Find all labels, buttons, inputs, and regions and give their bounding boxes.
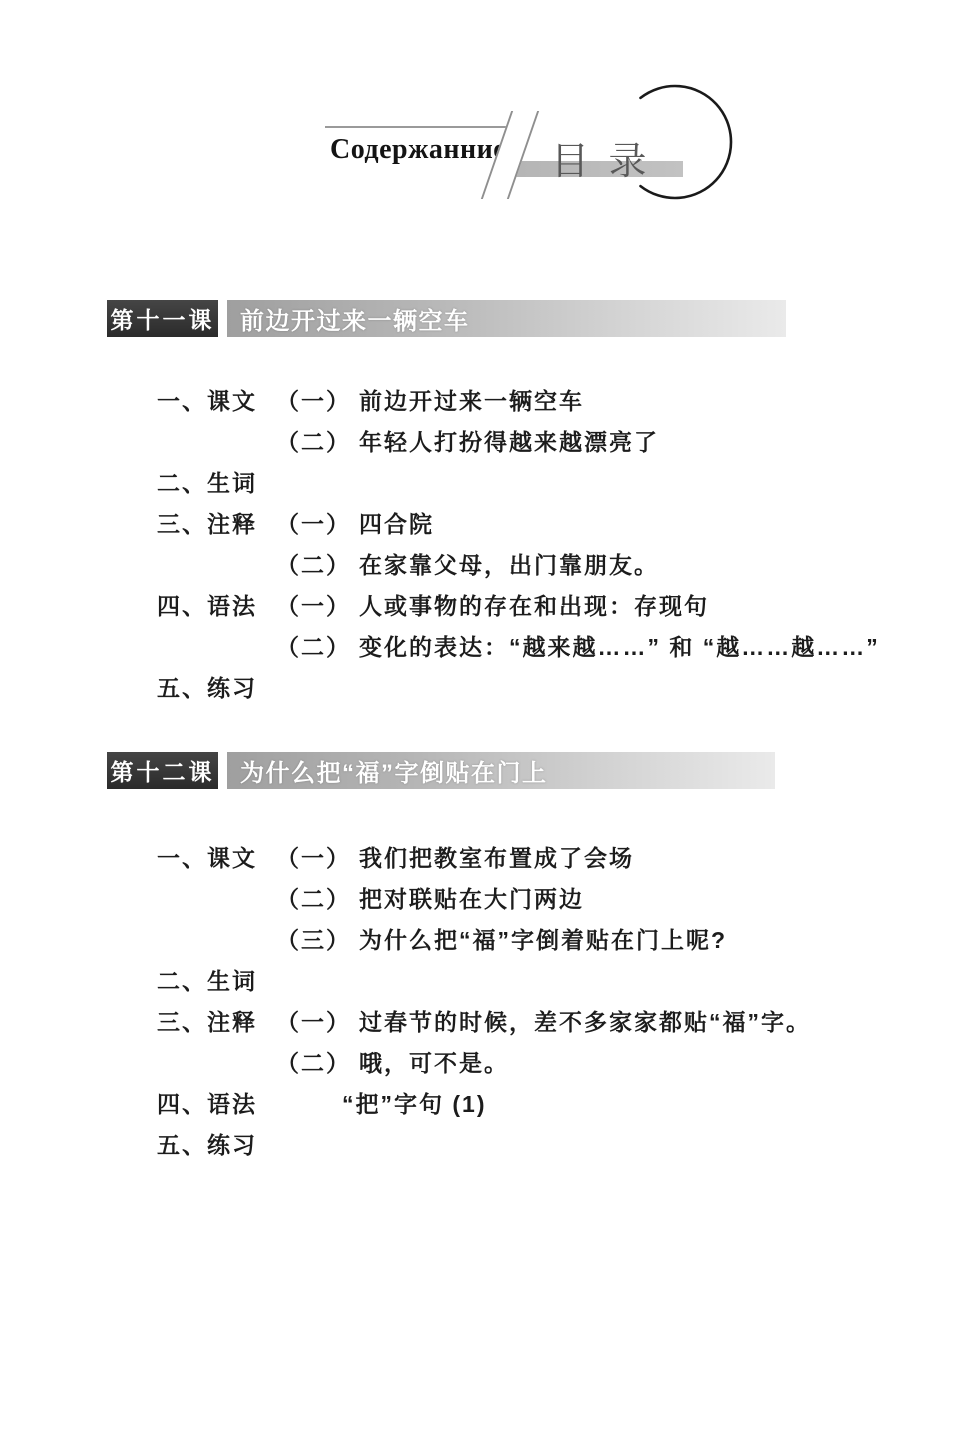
- lesson-12-contents: 一、课文 （一） 我们把教室布置成了会场 （二） 把对联贴在大门两边 （三） 为…: [0, 836, 960, 1164]
- subitem-number: （二）: [276, 1045, 351, 1078]
- subitem-text: 在家靠父母，出门靠朋友。: [359, 547, 659, 580]
- subitem-number: （二）: [276, 547, 351, 580]
- subitem-text: 我们把教室布置成了会场: [359, 840, 634, 873]
- toc-row: （二） 哦，可不是。: [0, 1041, 960, 1082]
- toc-row: （二） 把对联贴在大门两边: [0, 877, 960, 918]
- item-label: 一、课文: [157, 840, 276, 873]
- item-label: 四、语法: [157, 588, 276, 621]
- subitem-text: 四合院: [359, 506, 434, 539]
- subitem-text: “把”字句 (1): [342, 1086, 487, 1119]
- item-label: 三、注释: [157, 506, 276, 539]
- subitem-text: 前边开过来一辆空车: [359, 383, 584, 416]
- subitem-text: 变化的表达：“越来越……” 和 “越……越……”: [359, 629, 880, 662]
- toc-row: （三） 为什么把“福”字倒着贴在门上呢?: [0, 918, 960, 959]
- subitem-text: 年轻人打扮得越来越漂亮了: [359, 424, 659, 457]
- header-rule: [325, 126, 530, 128]
- item-label: 五、练习: [157, 1127, 276, 1160]
- toc-row: 一、课文 （一） 我们把教室布置成了会场: [0, 836, 960, 877]
- item-label: 一、课文: [157, 383, 276, 416]
- item-label: 三、注释: [157, 1004, 276, 1037]
- lesson-title-bar: 前边开过来一辆空车: [227, 300, 786, 337]
- subitem-number: （三）: [276, 922, 351, 955]
- subitem-text: 人或事物的存在和出现：存现句: [359, 588, 709, 621]
- lesson-title-bar: 为什么把“福”字倒贴在门上: [227, 752, 775, 789]
- subitem-number: （一）: [276, 1004, 351, 1037]
- subitem-number: （一）: [276, 840, 351, 873]
- subitem-number: （一）: [276, 588, 351, 621]
- page-title-russian: Содержанние: [330, 134, 506, 166]
- toc-row: 一、课文 （一） 前边开过来一辆空车: [0, 379, 960, 420]
- toc-row: 二、生词: [0, 461, 960, 502]
- toc-row: 五、练习: [0, 666, 960, 707]
- toc-row: 四、语法 “把”字句 (1): [0, 1082, 960, 1123]
- lesson-number-badge: 第十一课: [107, 300, 218, 337]
- toc-row: （二） 变化的表达：“越来越……” 和 “越……越……”: [0, 625, 960, 666]
- subitem-text: 为什么把“福”字倒着贴在门上呢?: [359, 922, 727, 955]
- subitem-text: 哦，可不是。: [359, 1045, 509, 1078]
- toc-row: 三、注释 （一） 过春节的时候，差不多家家都贴“福”字。: [0, 1000, 960, 1041]
- subitem-number: （二）: [276, 424, 351, 457]
- toc-page: Содержанние 目 录 第十一课 前边开过来一辆空车 一、课文 （一） …: [0, 0, 960, 1450]
- decorative-circle-icon: [605, 75, 745, 215]
- subitem-number: （一）: [276, 506, 351, 539]
- lesson-11-contents: 一、课文 （一） 前边开过来一辆空车 （二） 年轻人打扮得越来越漂亮了 二、生词…: [0, 379, 960, 707]
- item-label: 五、练习: [157, 670, 276, 703]
- subitem-text: 把对联贴在大门两边: [359, 881, 584, 914]
- item-label: 四、语法: [157, 1086, 276, 1119]
- toc-row: （二） 年轻人打扮得越来越漂亮了: [0, 420, 960, 461]
- subitem-number: （二）: [276, 881, 351, 914]
- lesson-number-badge: 第十二课: [107, 752, 218, 789]
- toc-row: （二） 在家靠父母，出门靠朋友。: [0, 543, 960, 584]
- lesson-12-header: 第十二课 为什么把“福”字倒贴在门上: [0, 752, 960, 789]
- toc-row: 二、生词: [0, 959, 960, 1000]
- toc-row: 四、语法 （一） 人或事物的存在和出现：存现句: [0, 584, 960, 625]
- toc-row: 五、练习: [0, 1123, 960, 1164]
- toc-row: 三、注释 （一） 四合院: [0, 502, 960, 543]
- subitem-number: （二）: [276, 629, 351, 662]
- item-label: 二、生词: [157, 963, 276, 996]
- subitem-text: 过春节的时候，差不多家家都贴“福”字。: [359, 1004, 811, 1037]
- item-label: 二、生词: [157, 465, 276, 498]
- subitem-number: （一）: [276, 383, 351, 416]
- lesson-11-header: 第十一课 前边开过来一辆空车: [0, 300, 960, 337]
